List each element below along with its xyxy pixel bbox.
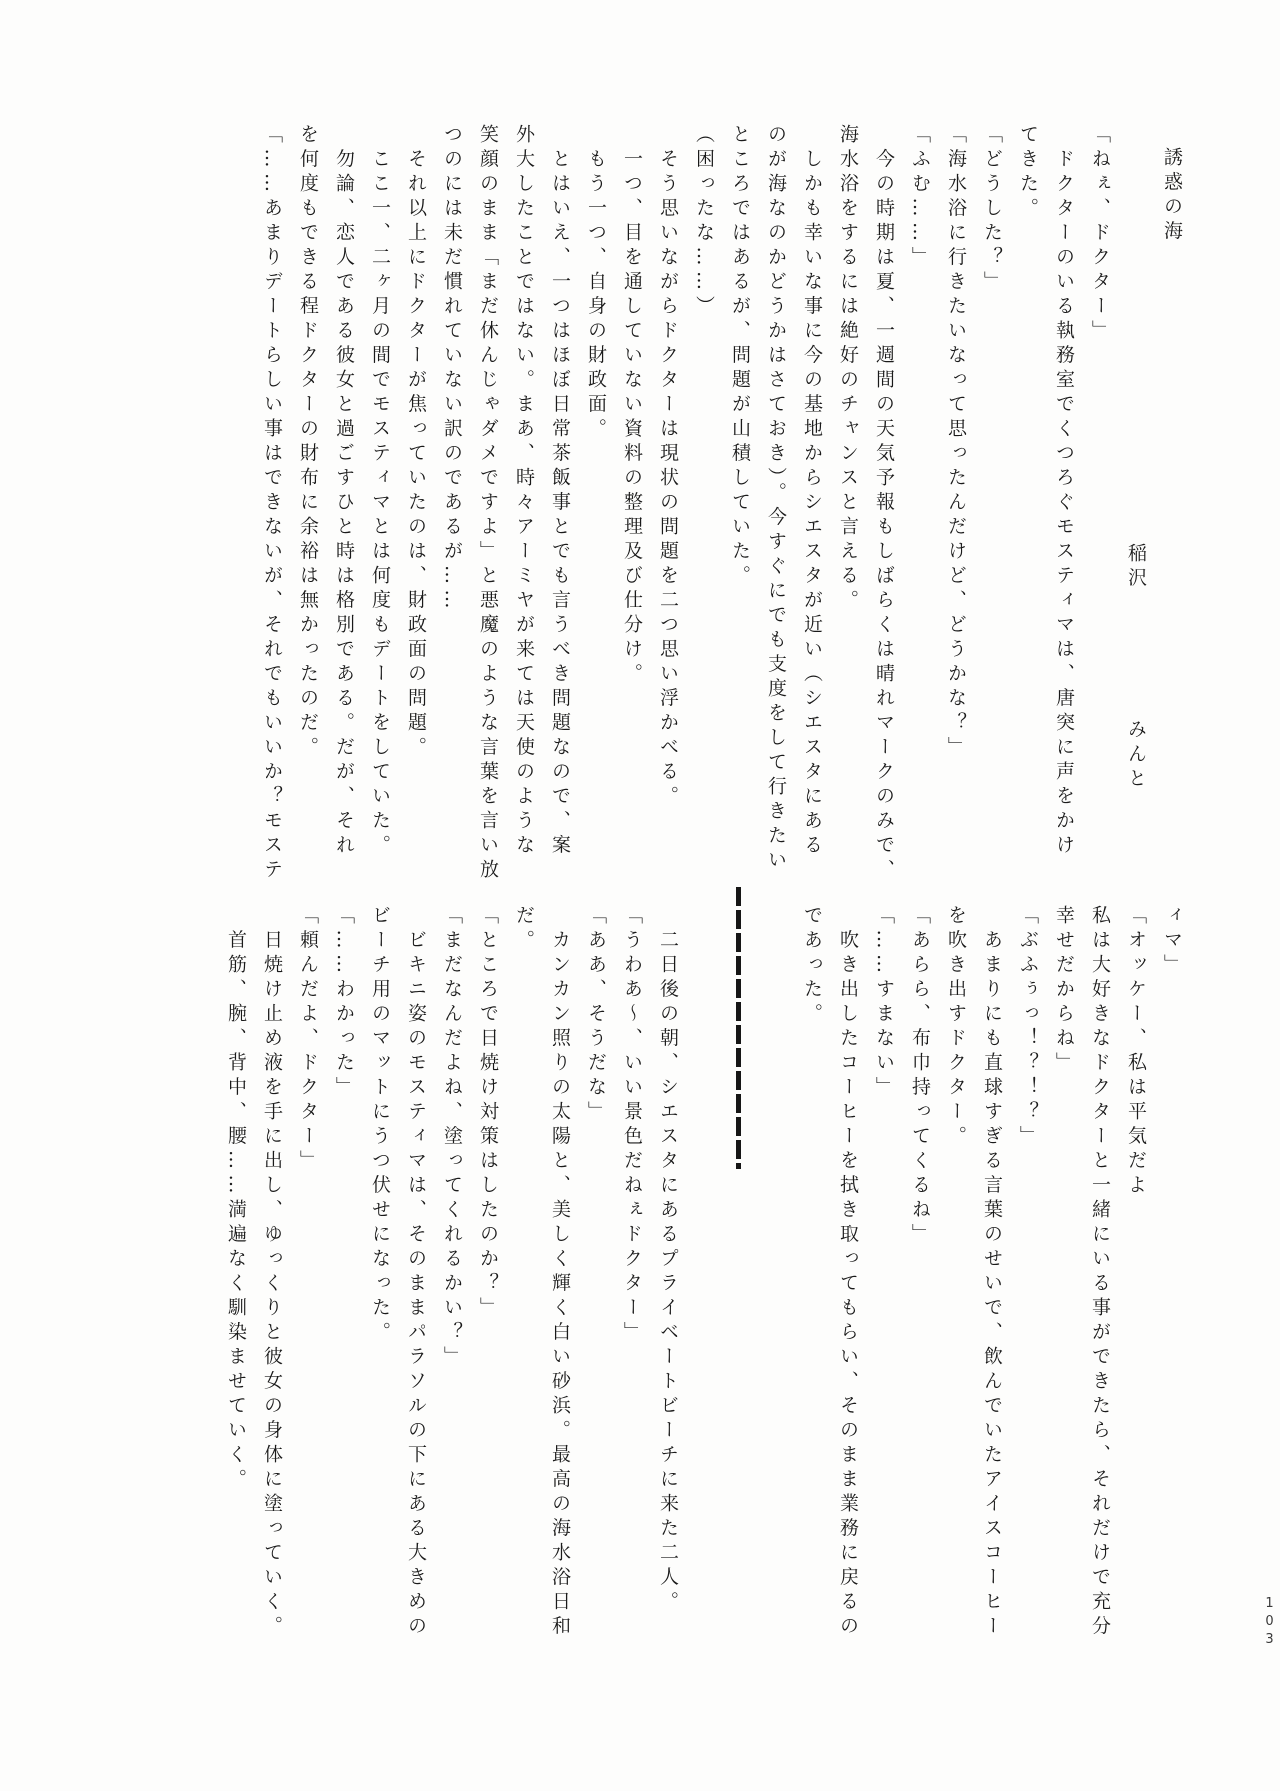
- text-line: 私は大好きなドクターと一緒にいる事ができたら、それだけで充分: [1082, 905, 1118, 1687]
- text-line: 「ところで日焼け対策はしたのか？」: [470, 905, 506, 1687]
- text-line: 勿論、恋人である彼女と過ごすひと時は格別である。だが、それ: [326, 124, 362, 916]
- text-line: とはいえ、一つはほぼ日常茶飯事とでも言うべき問題なので、案: [542, 124, 578, 916]
- text-line: 首筋、腕、背中、腰……満遍なく馴染ませていく。: [218, 905, 254, 1687]
- text-line: 「どうした？」: [974, 124, 1010, 916]
- text-line: もう一つ、自身の財政面。: [578, 124, 614, 916]
- text-line: ドクターのいる執務室でくつろぐモスティマは、唐突に声をかけ: [1046, 124, 1082, 916]
- text-line: 「ああ、そうだな」: [578, 905, 614, 1687]
- text-line: 「まだなんだよね、塗ってくれるかい？」: [434, 905, 470, 1687]
- text-line: を何度もできる程ドクターの財布に余裕は無かったのだ。: [290, 124, 326, 916]
- text-line: 「ふむ……」: [902, 124, 938, 916]
- text-line: それ以上にドクターが焦っていたのは、財政面の問題。: [398, 124, 434, 916]
- text-line: ビキニ姿のモスティマは、そのままパラソルの下にある大きめの: [398, 905, 434, 1687]
- text-line: そう思いながらドクターは現状の問題を二つ思い浮かべる。: [650, 124, 686, 916]
- text-line: 「ねぇ、ドクター」: [1082, 124, 1118, 916]
- text-line: ところではあるが、問題が山積していた。: [722, 124, 758, 916]
- author-given-name: みんと: [1125, 719, 1147, 793]
- text-line: 「頼んだよ、ドクター」: [290, 905, 326, 1687]
- text-line: のが海なのかどうかはさておき）。今すぐにでも支度をして行きたい: [758, 124, 794, 916]
- text-line: 幸せだからね」: [1046, 905, 1082, 1687]
- story-body-block: ィマ」「オッケー、私は平気だよ私は大好きなドクターと一緒にいる事ができたら、それ…: [218, 905, 1190, 1687]
- text-line: カンカン照りの太陽と、美しく輝く白い砂浜。最高の海水浴日和: [542, 905, 578, 1687]
- text-line: 「うわあ～、いい景色だねぇドクター」: [614, 905, 650, 1687]
- document-page: 誘惑の海 稲沢みんと 「ねぇ、ドクター」 ドクターのいる執務室でくつろぐモスティ…: [0, 0, 1280, 1791]
- scene-divider-bar: [736, 887, 741, 1169]
- text-line: 一つ、目を通していない資料の整理及び仕分け。: [614, 124, 650, 916]
- text-line: 吹き出したコーヒーを拭き取ってもらい、そのまま業務に戻るの: [830, 905, 866, 1687]
- text-line: ここ一、二ヶ月の間でモスティマとは何度もデートをしていた。: [362, 124, 398, 916]
- text-line: 日焼け止め液を手に出し、ゆっくりと彼女の身体に塗っていく。: [254, 905, 290, 1687]
- author-name: 稲沢みんと: [1118, 124, 1154, 916]
- page-title: 誘惑の海: [1154, 124, 1190, 916]
- text-line: ビーチ用のマットにうつ伏せになった。: [362, 905, 398, 1687]
- text-line: つのには未だ慣れていない訳のであるが……: [434, 124, 470, 916]
- text-line: 「海水浴に行きたいなって思ったんだけど、どうかな？」: [938, 124, 974, 916]
- text-line: 笑顔のまま「まだ休んじゃダメですよ」と悪魔のような言葉を言い放: [470, 124, 506, 916]
- scene-divider-line: [722, 905, 758, 1687]
- text-line: てきた。: [1010, 124, 1046, 916]
- text-line: 海水浴をするには絶好のチャンスと言える。: [830, 124, 866, 916]
- story-intro-block: 誘惑の海 稲沢みんと 「ねぇ、ドクター」 ドクターのいる執務室でくつろぐモスティ…: [254, 124, 1190, 916]
- text-line: （困ったな……）: [686, 124, 722, 916]
- text-line: を吹き出すドクター。: [938, 905, 974, 1687]
- text-line: しかも幸いな事に今の基地からシエスタが近い（シエスタにある: [794, 124, 830, 916]
- text-line: 今の時期は夏、一週間の天気予報もしばらくは晴れマークのみで、: [866, 124, 902, 916]
- text-line: 「……わかった」: [326, 905, 362, 1687]
- text-line: であった。: [794, 905, 830, 1687]
- page-number: 103: [1262, 1596, 1277, 1650]
- text-line: だ。: [506, 905, 542, 1687]
- author-family-name: 稲沢: [1125, 543, 1147, 592]
- text-line: あまりにも直球すぎる言葉のせいで、飲んでいたアイスコーヒー: [974, 905, 1010, 1687]
- text-line: ィマ」: [1154, 905, 1190, 1687]
- text-line: 外大したことではない。まあ、時々アーミヤが来ては天使のような: [506, 124, 542, 916]
- text-line: 「……すまない」: [866, 905, 902, 1687]
- text-line: 「……あまりデートらしい事はできないが、それでもいいか？モステ: [254, 124, 290, 916]
- text-line: 二日後の朝、シエスタにあるプライベートビーチに来た二人。: [650, 905, 686, 1687]
- text-line: 「オッケー、私は平気だよ: [1118, 905, 1154, 1687]
- text-line: 「ぶふぅっ！？！？」: [1010, 905, 1046, 1687]
- text-line: 「あらら、布巾持ってくるね」: [902, 905, 938, 1687]
